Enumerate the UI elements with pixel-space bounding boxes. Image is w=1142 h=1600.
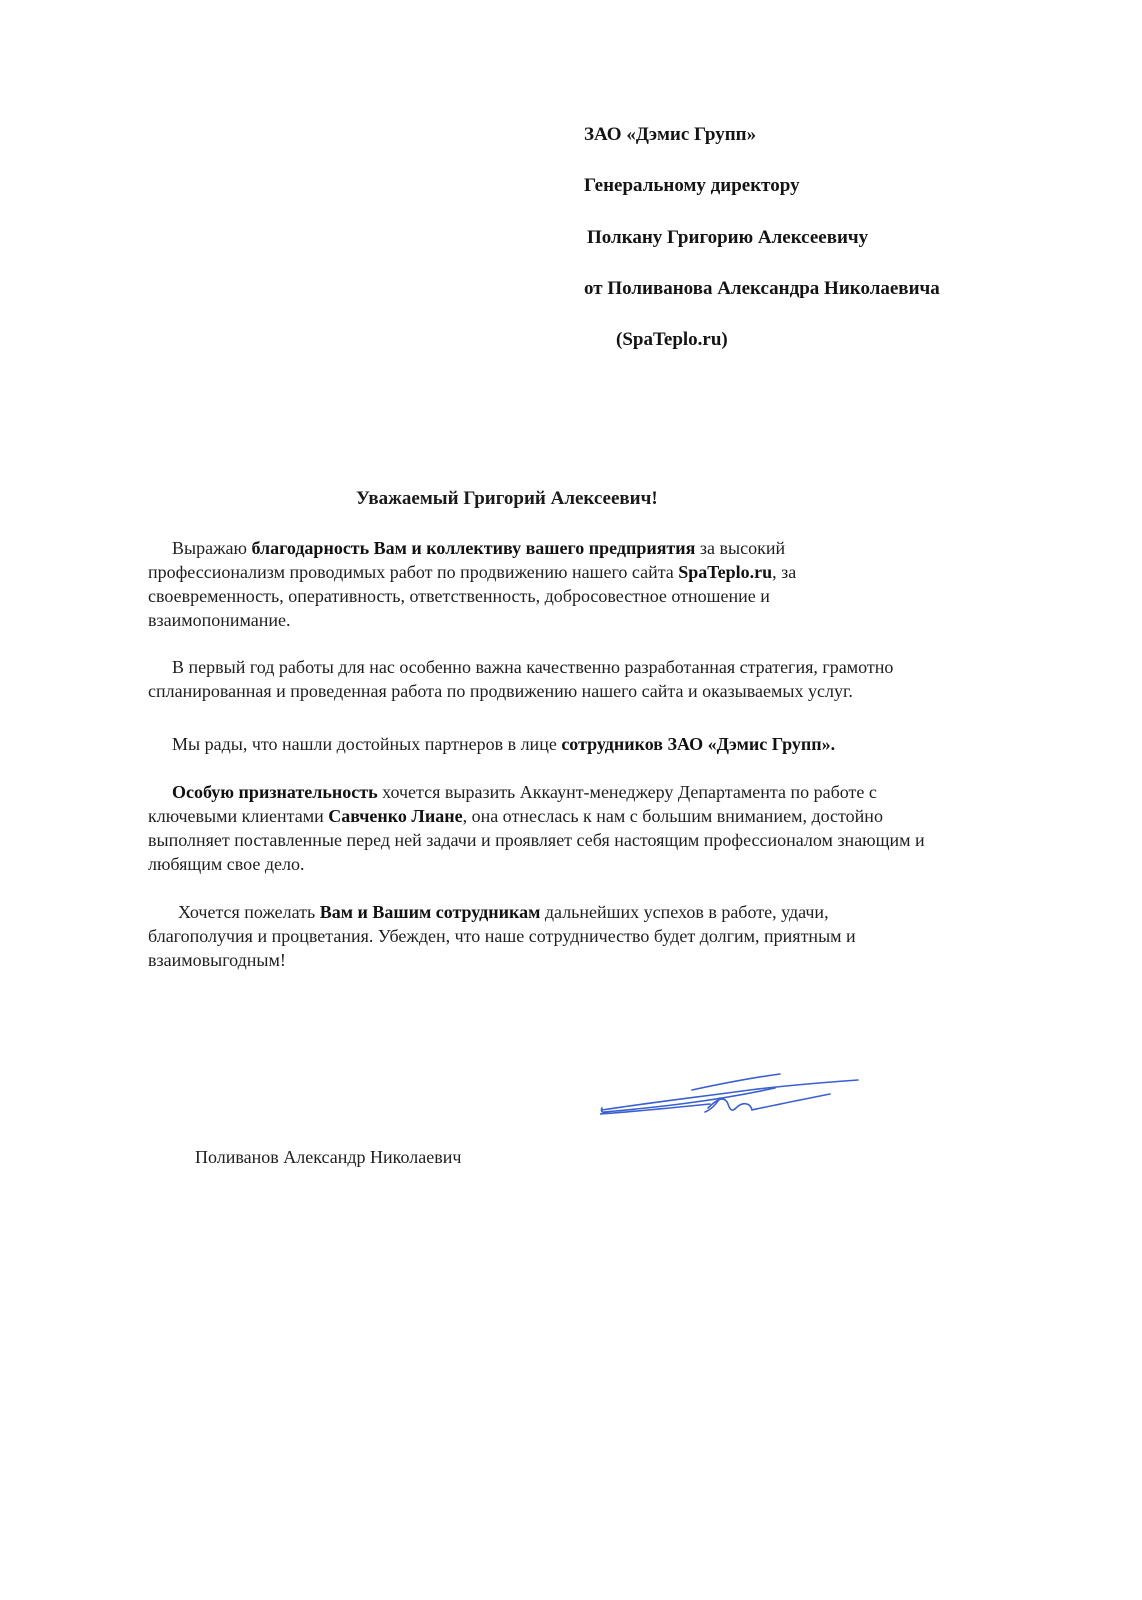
paragraph-line: благополучия и процветания. Убежден, что… — [148, 924, 856, 948]
paragraph-line: В первый год работы для нас особенно важ… — [148, 655, 893, 679]
paragraph-line: любящим свое дело. — [148, 852, 925, 876]
salutation-text: Уважаемый Григорий Алексеевич! — [356, 488, 658, 510]
handwritten-signature — [600, 1068, 880, 1128]
sender-line: от Поливанова Александра Николаевича — [584, 278, 940, 300]
paragraph-wishes: Хочется пожелать Вам и Вашим сотрудникам… — [148, 900, 856, 972]
paragraph-gratitude: Выражаю благодарность Вам и коллективу в… — [148, 536, 796, 632]
emphasis-gratitude: благодарность Вам и коллективу вашего пр… — [251, 538, 695, 558]
addressee-company: ЗАО «Дэмис Групп» — [584, 124, 756, 146]
paragraph-line: Хочется пожелать Вам и Вашим сотрудникам… — [148, 900, 856, 924]
signer-name: Поливанов Александр Николаевич — [195, 1147, 461, 1168]
paragraph-line: Выражаю благодарность Вам и коллективу в… — [148, 536, 796, 560]
signature-icon — [600, 1068, 880, 1128]
emphasis-acknowledgement: Особую признательность — [172, 782, 378, 802]
paragraph-strategy: В первый год работы для нас особенно важ… — [148, 655, 893, 703]
paragraph-line: Особую признательность хочется выразить … — [148, 780, 925, 804]
addressee-name: Полкану Григорию Алексеевичу — [587, 227, 868, 249]
letter-page: ЗАО «Дэмис Групп» Генеральному директору… — [0, 0, 1142, 1600]
sender-site: (SpaTeplo.ru) — [616, 329, 728, 351]
emphasis-site: SpaTeplo.ru — [678, 562, 772, 582]
paragraph-acknowledgement: Особую признательность хочется выразить … — [148, 780, 925, 876]
emphasis-staff: Вам и Вашим сотрудникам — [320, 902, 541, 922]
paragraph-partners: Мы рады, что нашли достойных партнеров в… — [148, 732, 835, 756]
paragraph-line: своевременность, оперативность, ответств… — [148, 584, 796, 608]
paragraph-line: спланированная и проведенная работа по п… — [148, 679, 893, 703]
addressee-position: Генеральному директору — [584, 175, 800, 197]
paragraph-line: взаимопонимание. — [148, 608, 796, 632]
emphasis-company: сотрудников ЗАО «Дэмис Групп». — [561, 734, 835, 754]
paragraph-line: профессионализм проводимых работ по прод… — [148, 560, 796, 584]
paragraph-line: ключевыми клиентами Савченко Лиане, она … — [148, 804, 925, 828]
paragraph-line: Мы рады, что нашли достойных партнеров в… — [148, 732, 835, 756]
paragraph-line: взаимовыгодным! — [148, 948, 856, 972]
emphasis-manager-name: Савченко Лиане — [328, 806, 462, 826]
paragraph-line: выполняет поставленные перед ней задачи … — [148, 828, 925, 852]
